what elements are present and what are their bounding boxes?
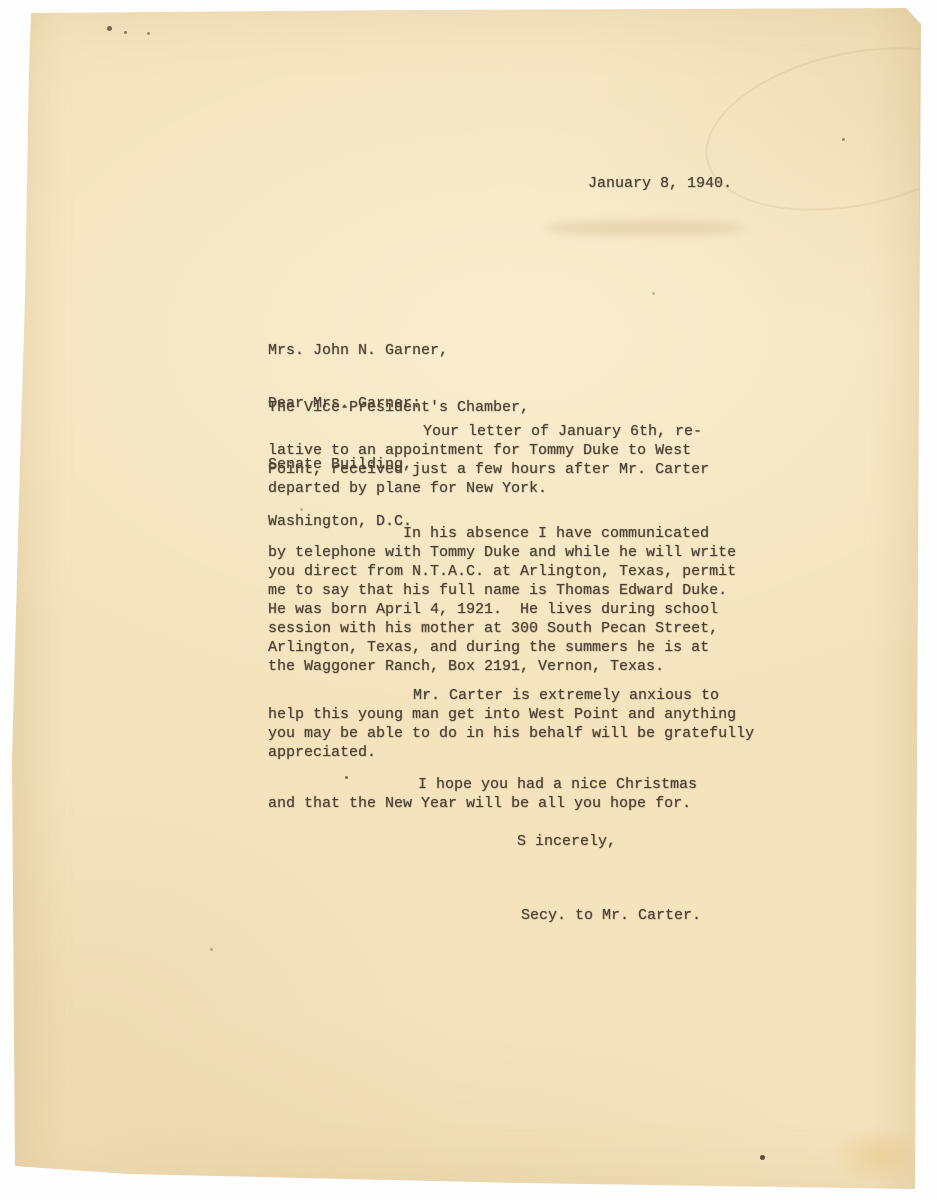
paper-stain xyxy=(830,1125,925,1185)
paragraph-1: Your letter of January 6th, re- lative t… xyxy=(268,422,788,498)
paragraph-3: Mr. Carter is extremely anxious to help … xyxy=(268,686,788,762)
paragraph-2: In his absence I have communicated by te… xyxy=(268,524,788,676)
signature-line: Secy. to Mr. Carter. xyxy=(521,906,701,925)
scanned-letter-page: January 8, 1940. Mrs. John N. Garner, Th… xyxy=(0,0,937,1200)
letter-paper: January 8, 1940. Mrs. John N. Garner, Th… xyxy=(0,0,937,1200)
edge-crease-mark xyxy=(919,0,921,1200)
salutation: Dear Mrs. Garner: xyxy=(268,394,421,413)
letter-date: January 8, 1940. xyxy=(588,174,732,193)
closing: S incerely, xyxy=(517,832,616,851)
paragraph-4: I hope you had a nice Christmas and that… xyxy=(268,775,788,813)
crease-mark xyxy=(690,22,937,236)
address-line: Mrs. John N. Garner, xyxy=(268,341,529,360)
ink-smudge xyxy=(545,220,745,236)
paper-specks xyxy=(0,0,3,3)
